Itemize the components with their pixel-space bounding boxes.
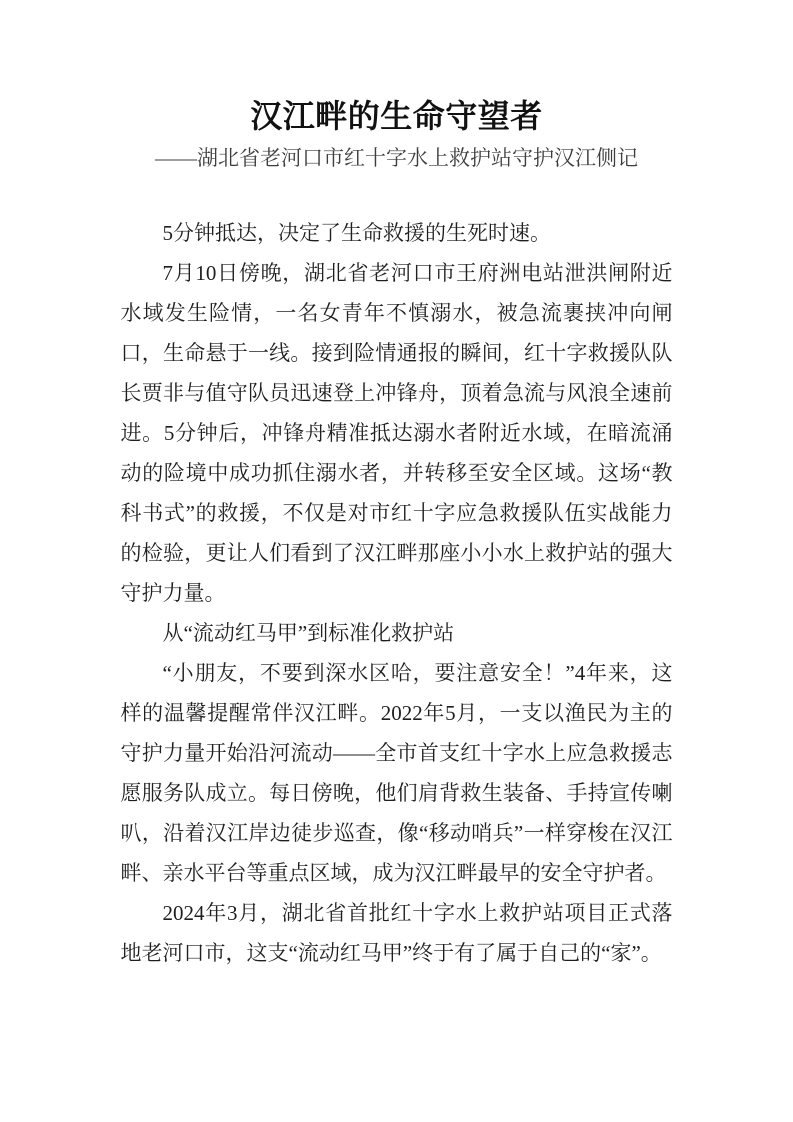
paragraph-rescue-story: 7月10日傍晚，湖北省老河口市王府洲电站泄洪闸附近水域发生险情，一名女青年不慎溺…: [121, 253, 673, 613]
paragraph-lead: 5分钟抵达，决定了生命救援的生死时速。: [121, 213, 673, 253]
document-body: 5分钟抵达，决定了生命救援的生死时速。 7月10日傍晚，湖北省老河口市王府洲电站…: [121, 213, 673, 973]
section-heading: 从“流动红马甲”到标准化救护站: [121, 613, 673, 653]
document-subtitle: ——湖北省老河口市红十字水上救护站守护汉江侧记: [0, 144, 793, 172]
document-title: 汉江畔的生命守望者: [0, 0, 793, 134]
paragraph-station-founded: 2024年3月，湖北省首批红十字水上救护站项目正式落地老河口市，这支“流动红马甲…: [121, 893, 673, 973]
paragraph-volunteer-team: “小朋友，不要到深水区哈，要注意安全！”4年来，这样的温馨提醒常伴汉江畔。202…: [121, 653, 673, 893]
document-page: 汉江畔的生命守望者 ——湖北省老河口市红十字水上救护站守护汉江侧记 5分钟抵达，…: [0, 0, 793, 1122]
